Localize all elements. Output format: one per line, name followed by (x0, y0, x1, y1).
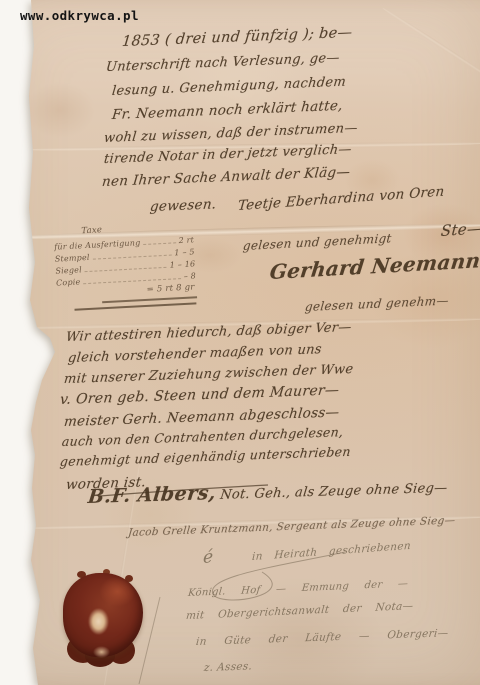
red-wax-seal (63, 573, 143, 669)
attestation-line: v. Oren geb. Steen und dem Maurer— (59, 382, 340, 408)
manuscript-line-year: 1853 ( drei und fünfzig ); be— (121, 25, 353, 50)
sum-underline (74, 302, 196, 310)
signature-neemann: Gerhard Neemann (269, 248, 480, 284)
manuscript-paper: 1853 ( drei und fünfzig ); be— Unterschr… (0, 0, 480, 685)
witness-albers-title: Not. Geh., als Zeuge ohne Sieg— (215, 481, 448, 503)
pencil-note: Königl. Hof — Emmung der — (187, 578, 408, 599)
attestation-line: Wir attestiren hiedurch, daß obiger Ver— (65, 320, 352, 345)
fee-amount: 1 – 5 (174, 247, 195, 257)
pencil-note: in Güte der Läufte — Obergeri— (195, 627, 449, 648)
pencil-note: mit Obergerichtsanwalt der Nota— (185, 600, 414, 622)
margin-fee-table: Taxe für die Ausfertigung 2 rt Stempel 1… (53, 220, 197, 299)
fee-label: Siegel (55, 265, 82, 275)
fee-amount: – 8 (183, 271, 196, 281)
text-fragment-right-edge: Ste— (440, 219, 480, 240)
pencil-mark: é (203, 547, 214, 568)
attestation-line: genehmigt und eigenhändig unterschrieben (59, 444, 351, 469)
seal-light-patch (93, 646, 110, 658)
approval-note: gelesen und genehm— (304, 293, 449, 314)
attestation-line: gleich vorstehender maaßen von uns (67, 342, 322, 366)
approval-note: gelesen und genehmigt (242, 231, 392, 253)
fee-amount: 2 rt (178, 235, 194, 245)
photographed-document: 1853 ( drei und fünfzig ); be— Unterschr… (0, 0, 480, 685)
manuscript-line: nen Ihrer Sache Anwalt der Kläg— (101, 164, 351, 190)
site-watermark: www.odkrywca.pl (20, 8, 139, 23)
sum-underline (102, 296, 197, 302)
manuscript-line: wohl zu wissen, daß der instrumen— (103, 121, 358, 146)
manuscript-line: Unterschrift nach Verlesung, ge— (105, 51, 340, 75)
pencil-note: z. Asses. (203, 660, 252, 674)
manuscript-line: gewesen. (149, 196, 217, 215)
fee-label: Stempel (55, 253, 90, 264)
paper-shadow-wrap: 1853 ( drei und fünfzig ); be— Unterschr… (0, 0, 480, 685)
signature-oren: Teetje Eberhardina von Oren (237, 183, 445, 214)
fee-label: Copie (56, 277, 81, 287)
pencil-note: in Heirath geschriebenen (252, 540, 412, 563)
signature-albers: B.F. Albers, (87, 482, 217, 508)
manuscript-line: tirende Notar in der jetzt verglich— (103, 142, 352, 167)
witness-kruntzmann-line: Jacob Grelle Kruntzmann, Sergeant als Ze… (127, 514, 456, 539)
seal-light-patch (88, 608, 109, 635)
manuscript-line: lesung u. Genehmigung, nachdem (111, 75, 346, 99)
fold-crease (382, 6, 480, 81)
fee-amount: 1 – 16 (170, 259, 196, 269)
manuscript-line: Fr. Neemann noch erklärt hatte, (111, 98, 343, 123)
